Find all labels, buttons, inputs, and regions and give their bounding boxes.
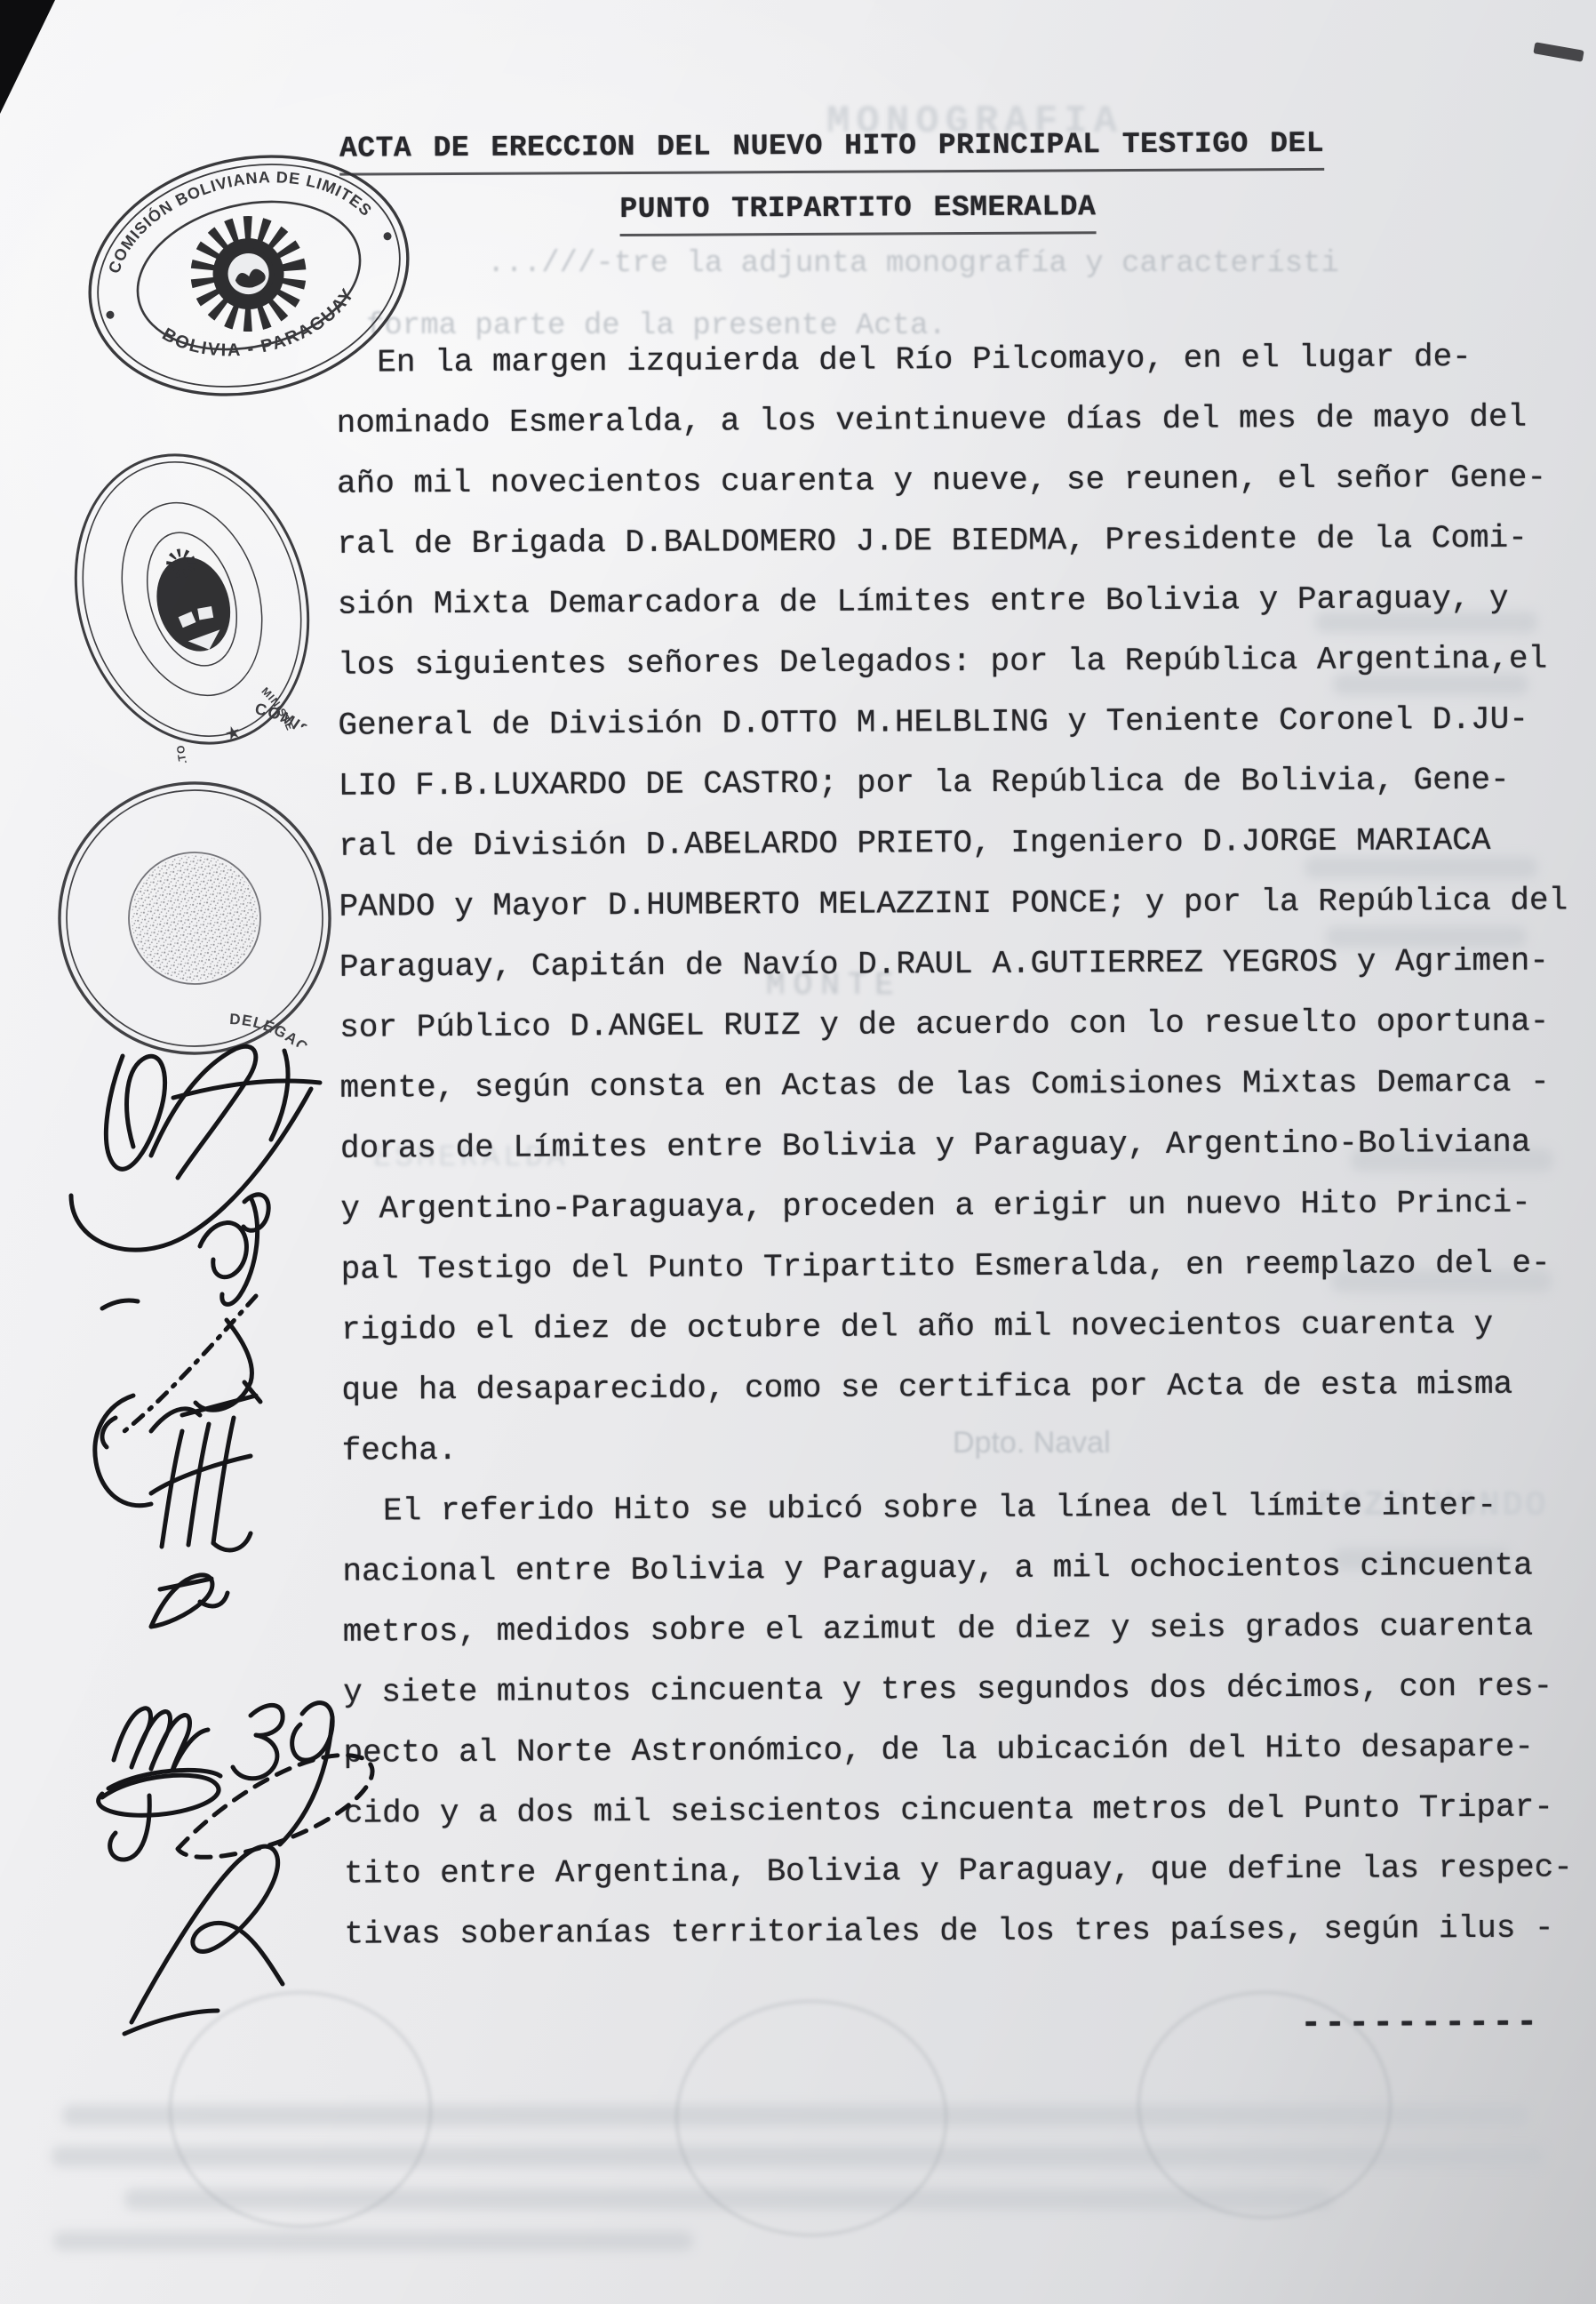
signature [124,1846,283,2034]
text-line: El referido Hito se ubicó sobre la línea… [342,1475,1568,1541]
text-line: pal Testigo del Punto Tripartito Esmeral… [341,1233,1568,1300]
text-line: ral de Brigada D.BALDOMERO J.DE BIEDMA, … [337,508,1563,574]
text-line: tito entre Argentina, Bolivia y Paraguay… [344,1837,1570,1904]
text-line: cido y a dos mil seiscientos cincuenta m… [344,1777,1570,1844]
signatures [18,1013,400,2062]
end-of-text-dashes: ---------- [1300,2004,1540,2044]
scanned-document-page: { "document": { "title_line1": "ACTA DE … [0,0,1596,2304]
signature [95,1396,251,1550]
text-line: rigido el diez de octubre del año mil no… [341,1293,1568,1360]
signature [99,1703,372,1860]
text-line: que ha desaparecido, como se certifica p… [341,1354,1568,1420]
text-line: y siete minutos cincuenta y tres segundo… [343,1656,1569,1723]
document-title-line1: ACTA DE ERECCION DEL NUEVO HITO PRINCIPA… [339,127,1324,176]
text-line: General de División D.OTTO M.HELBLING y … [338,689,1564,756]
text-line: fecha. [342,1414,1568,1481]
text-line: En la margen izquierda del Río Pilcomayo… [336,326,1562,393]
document-title-line2: PUNTO TRIPARTITO ESMERALDA [619,190,1096,236]
text-line: los siguientes señores Delegados: por la… [338,628,1564,695]
text-line: doras de Límites entre Bolivia y Paragua… [340,1112,1567,1179]
text-line: pecto al Norte Astronómico, de la ubicac… [343,1716,1569,1783]
text-line: sión Mixta Demarcadora de Límites entre … [338,568,1564,635]
text-line: mente, según consta en Actas de las Comi… [339,1052,1566,1118]
paragraph-2: El referido Hito se ubicó sobre la línea… [342,1475,1571,1964]
signature [102,1296,260,1447]
signature [71,1046,320,1250]
paragraph-1: En la margen izquierda del Río Pilcomayo… [336,326,1568,1481]
signature [114,1708,208,1771]
text-line: PANDO y Mayor D.HUMBERTO MELAZZINI PONCE… [339,870,1565,937]
signature [200,1195,268,1305]
text-line: año mil novecientos cuarenta y nueve, se… [337,447,1563,514]
text-line: y Argentino-Paraguaya, proceden a erigir… [340,1172,1567,1239]
text-line: metros, medidos sobre el azimut de diez … [343,1596,1569,1662]
text-line: Paraguay, Capitán de Navío D.RAUL A.GUTI… [339,931,1566,997]
text-line: tivas soberanías territoriales de los tr… [344,1898,1570,1964]
text-line: nominado Esmeralda, a los veintinueve dí… [337,387,1563,453]
text-line: LIO F.B.LUXARDO DE CASTRO; por la Repúbl… [339,749,1565,816]
text-line: ral de División D.ABELARDO PRIETO, Ingen… [339,810,1565,876]
text-line: sor Público D.ANGEL RUIZ y de acuerdo co… [339,991,1566,1058]
text-line: nacional entre Bolivia y Paraguay, a mil… [342,1535,1568,1602]
signature [151,1575,227,1627]
